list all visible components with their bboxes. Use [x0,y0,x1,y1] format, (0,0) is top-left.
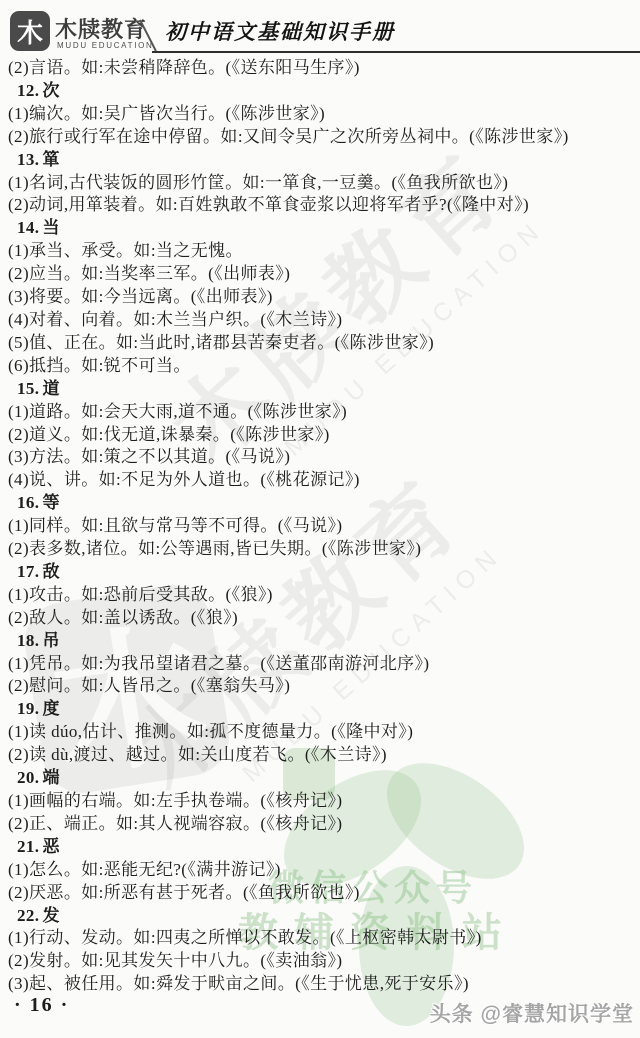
entry-headword: 17.敌 [8,561,636,584]
definition-line: (1)画幅的右端。如:左手执卷端。(《核舟记》) [8,790,636,813]
entry-headword: 16.等 [8,492,636,515]
entry-headword: 14.当 [8,217,636,240]
definition-line: (1)承当、承受。如:当之无愧。 [8,240,636,263]
mudu-logo-icon: 木 [10,11,50,51]
entry-word: 端 [42,768,59,787]
definition-line: (1)道路。如:会天大雨,道不通。(《陈涉世家》) [8,401,636,424]
entry-number: 21. [17,837,39,856]
definition-line: (2)读 dù,渡过、越过。如:关山度若飞。(《木兰诗》) [8,744,636,767]
entry-word: 等 [42,493,59,512]
credit-watermark: 头条 @睿慧知识学堂 [430,998,634,1028]
entry-headword: 22.发 [8,905,636,928]
definition-line: (1)同样。如:且欲与常马等不可得。(《马说》) [8,515,636,538]
entry-word: 箪 [42,150,59,169]
definition-line: (4)对着、向着。如:木兰当户织。(《木兰诗》) [8,309,636,332]
entry-word: 吊 [42,631,59,650]
entry-number: 15. [17,379,39,398]
brand-name: 木牍教育 [55,13,147,44]
entry-number: 20. [17,768,39,787]
entry-word: 当 [42,218,59,237]
entry-number: 18. [17,631,39,650]
entry-number: 22. [17,906,39,925]
entry-headword: 19.度 [8,698,636,721]
definition-line: (1)名词,古代装饭的圆形竹筐。如:一箪食,一豆羹。(《鱼我所欲也》) [8,172,636,195]
handbook-title: 初中语文基础知识手册 [165,16,395,46]
definition-line: (2)慰问。如:人皆吊之。(《塞翁失马》) [8,675,636,698]
definition-line: (2)表多数,诸位。如:公等遇雨,皆已失期。(《陈涉世家》) [8,538,636,561]
entry-number: 14. [17,218,39,237]
page-number: · 16 · [14,994,69,1017]
definition-line: (1)编次。如:吴广皆次当行。(《陈涉世家》) [8,103,636,126]
entry-number: 13. [17,150,39,169]
definition-line: (4)说、讲。如:不足为外人道也。(《桃花源记》) [8,469,636,492]
entry-headword: 20.端 [8,767,636,790]
entry-word: 敌 [42,562,59,581]
definition-line: (2)旅行或行军在途中停留。如:又间令吴广之次所旁丛祠中。(《陈涉世家》) [8,126,636,149]
definition-line: (3)将要。如:今当远离。(《出师表》) [8,286,636,309]
entry-number: 19. [17,699,39,718]
entry-headword: 15.道 [8,378,636,401]
definition-line: (2)动词,用箪装着。如:百姓孰敢不箪食壶浆以迎将军者乎?(《隆中对》) [8,194,636,217]
definition-line: (2)言语。如:未尝稍降辞色。(《送东阳马生序》) [8,57,636,80]
definition-line: (2)敌人。如:盖以诱敌。(《狼》) [8,607,636,630]
entry-number: 17. [17,562,39,581]
definition-line: (5)值、正在。如:当此时,诸郡县苦秦吏者。(《陈涉世家》) [8,332,636,355]
entry-word: 度 [42,699,59,718]
header: 木 木牍教育 MUDU EDUCATION 初中语文基础知识手册 [0,0,640,56]
page: { "header": { "logo_glyph": "木", "brand_… [0,0,640,1038]
entry-word: 发 [42,906,59,925]
entry-headword: 12.次 [8,80,636,103]
definition-line: (1)怎么。如:恶能无纪?(《满井游记》) [8,859,636,882]
definition-line: (1)凭吊。如:为我吊望诸君之墓。(《送董邵南游河北序》) [8,653,636,676]
definition-line: (2)道义。如:伐无道,诛暴秦。(《陈涉世家》) [8,424,636,447]
definition-line: (2)正、端正。如:其人视端容寂。(《核舟记》) [8,813,636,836]
definition-line: (1)行动、发动。如:四夷之所惮以不敢发。(《上枢密韩太尉书》) [8,927,636,950]
definition-line: (3)起、被任用。如:舜发于畎亩之间。(《生于忧患,死于安乐》) [8,973,636,996]
entry-word: 道 [42,379,59,398]
definition-line: (2)应当。如:当奖率三军。(《出师表》) [8,263,636,286]
entry-headword: 13.箪 [8,149,636,172]
entry-number: 12. [17,81,39,100]
definition-line: (2)发射。如:见其发矢十中八九。(《卖油翁》) [8,950,636,973]
entry-number: 16. [17,493,39,512]
entry-word: 恶 [42,837,59,856]
definition-line: (1)读 dúo,估计、推测。如:孤不度德量力。(《隆中对》) [8,721,636,744]
entry-word: 次 [42,81,59,100]
content-body: (2)言语。如:未尝稍降辞色。(《送东阳马生序》)12.次(1)编次。如:吴广皆… [8,57,636,996]
definition-line: (3)方法。如:策之不以其道。(《马说》) [8,446,636,469]
entry-headword: 21.恶 [8,836,636,859]
header-rule [152,51,640,53]
definition-line: (1)攻击。如:恐前后受其敌。(《狼》) [8,584,636,607]
entry-headword: 18.吊 [8,630,636,653]
brand-subtitle: MUDU EDUCATION [57,41,154,50]
definition-line: (6)抵挡。如:锐不可当。 [8,355,636,378]
definition-line: (2)厌恶。如:所恶有甚于死者。(《鱼我所欲也》) [8,882,636,905]
